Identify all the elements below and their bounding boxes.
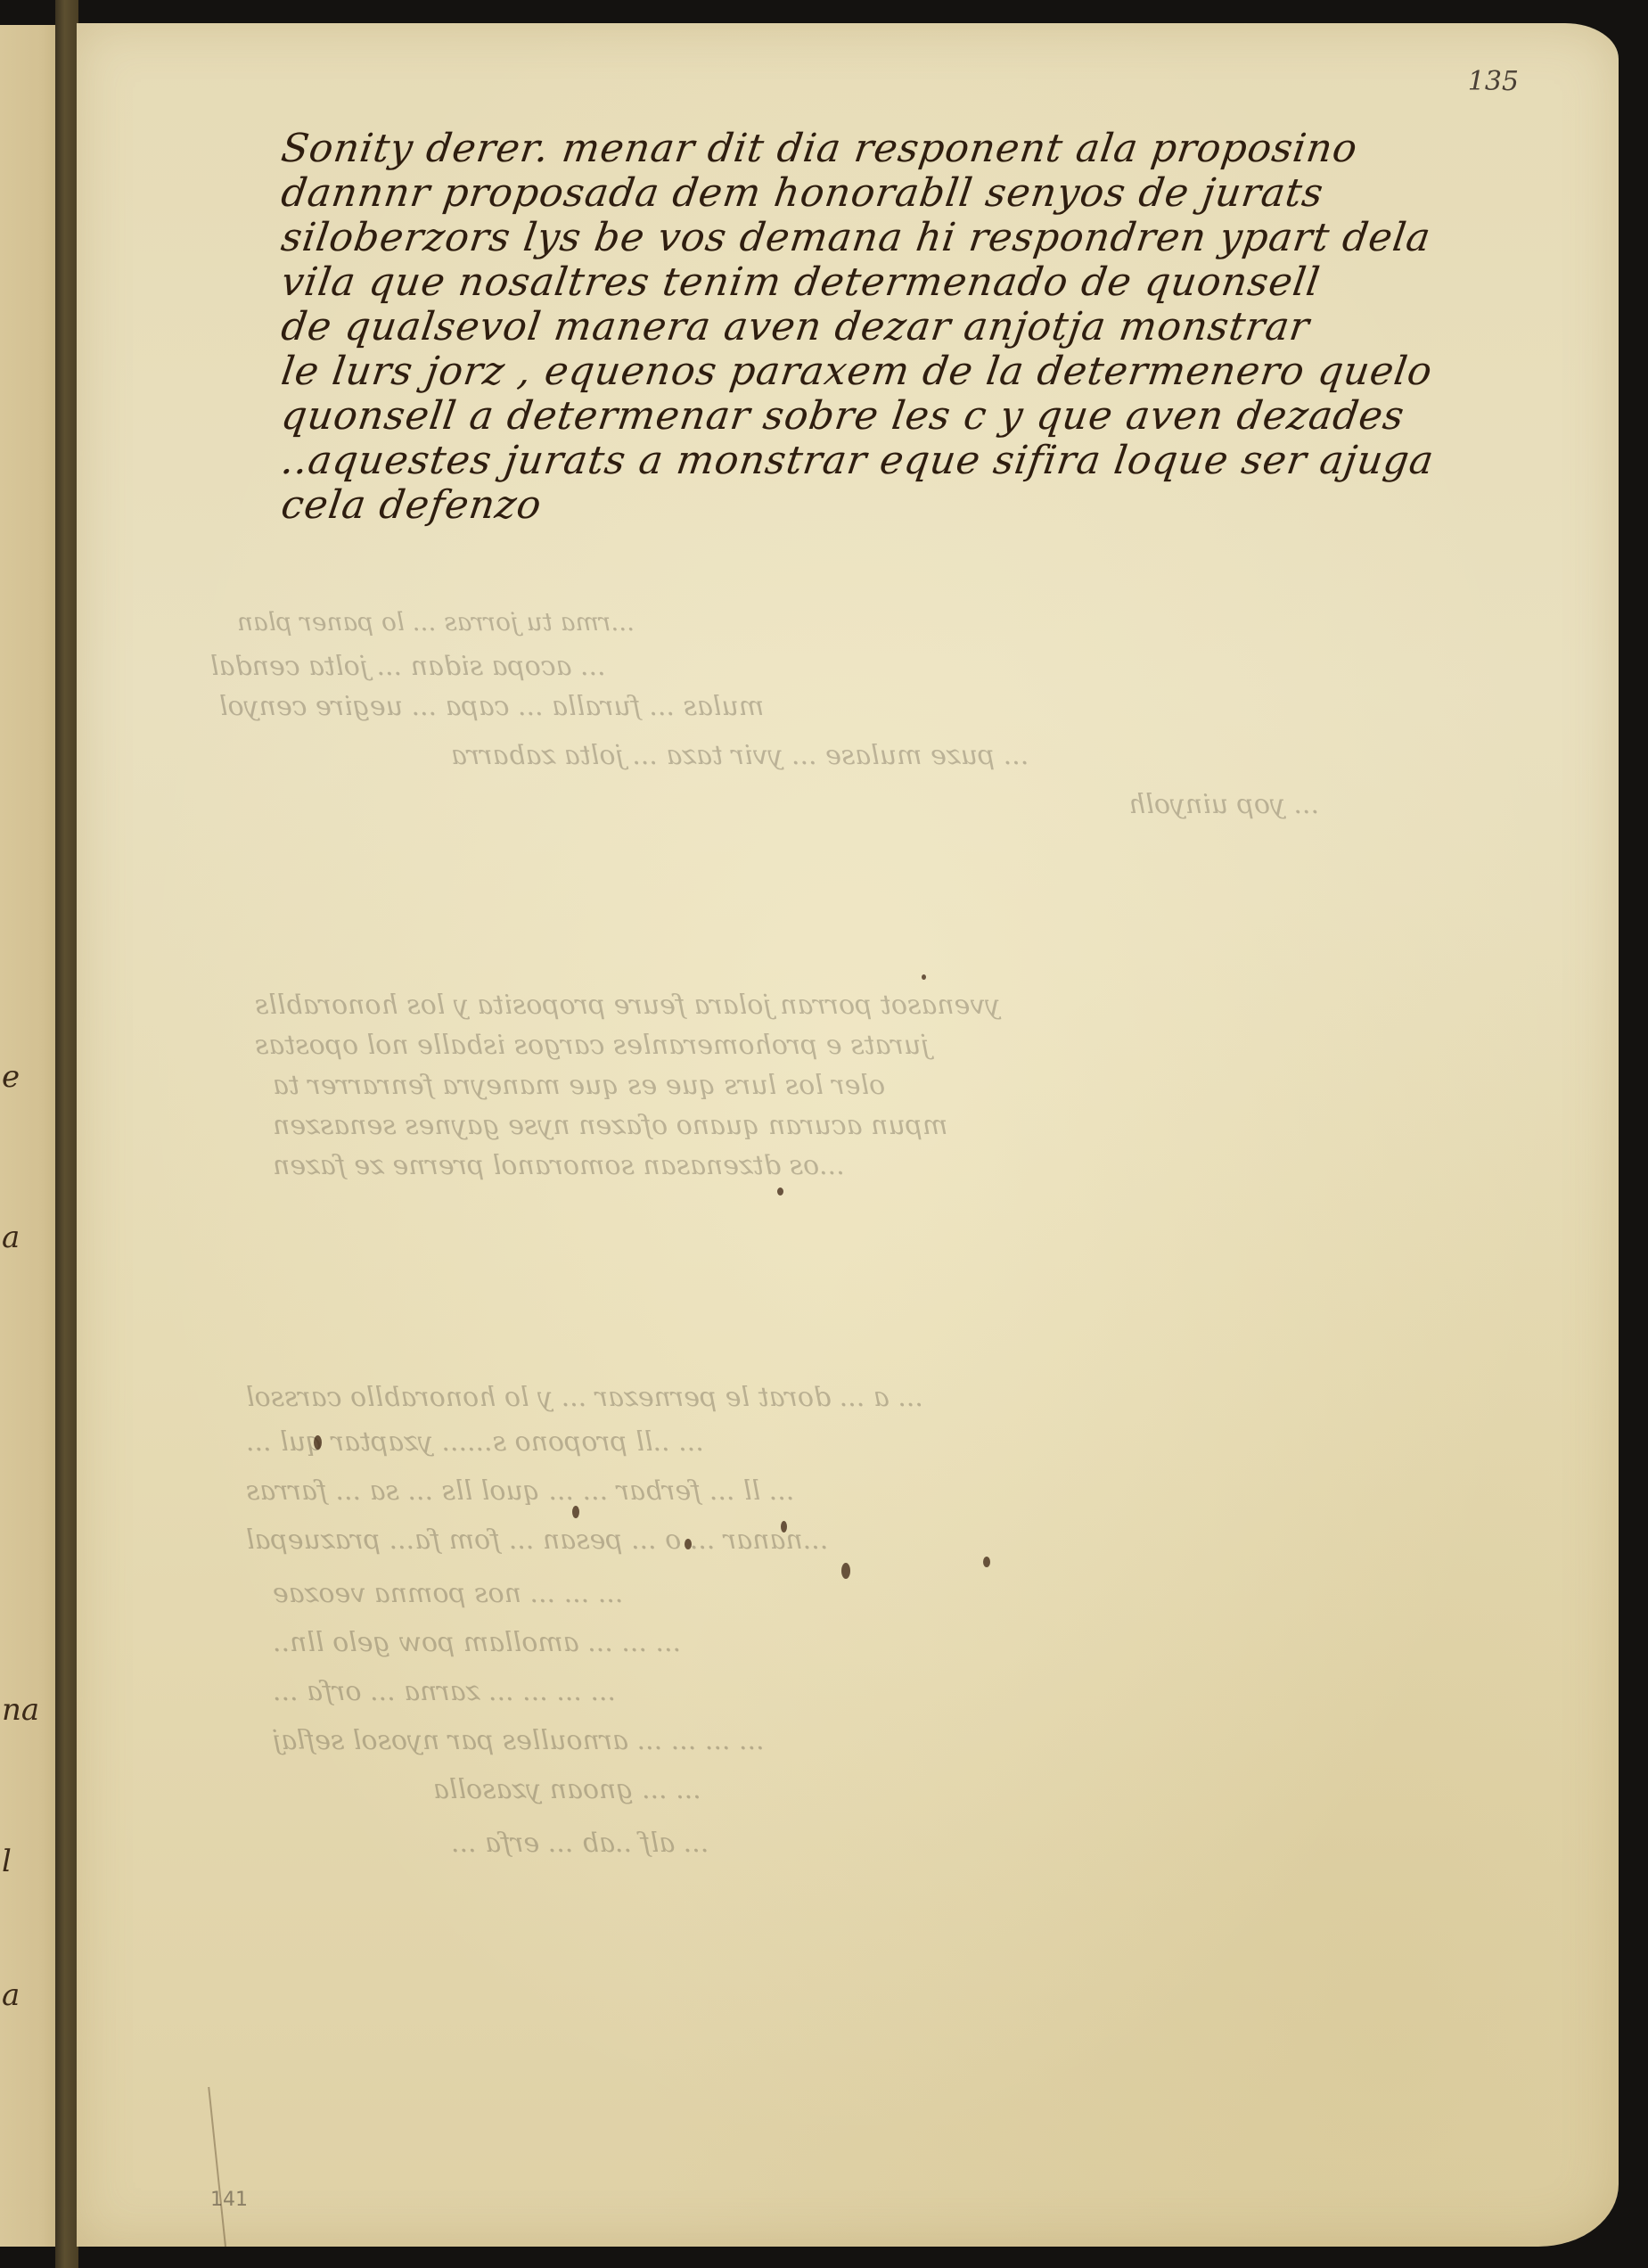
facing-page-fragment: l xyxy=(2,1844,12,1879)
bleed-through-text: oler los lurs que es que maneyra fenrarr… xyxy=(273,1066,885,1105)
facing-page-edge: e a na l a xyxy=(0,25,59,2247)
bleed-through-text: jurats e prohomeranles cargos isballe no… xyxy=(255,1026,930,1065)
paper-crease xyxy=(208,2087,226,2247)
text-line: ..aquestes jurats a monstrar eque sifira… xyxy=(278,439,1648,483)
bleed-through-text: ... ... ... ... zarna ... orfa ... xyxy=(273,1672,616,1712)
text-line: de qualsevol manera aven dezar anjotja m… xyxy=(278,305,1648,349)
facing-page-fragment: a xyxy=(2,1220,20,1255)
bleed-through-text: ... alf ..ab ... erfa ... xyxy=(451,1824,709,1863)
ink-spot xyxy=(685,1539,692,1549)
bleed-through-text: ...nanar ... o ... pesan ... fom fa... p… xyxy=(246,1521,828,1560)
pencil-annotation: 141 xyxy=(210,2189,248,2211)
text-line: siloberzors lys be vos demana hi respond… xyxy=(278,216,1648,260)
ink-spot xyxy=(983,1557,990,1567)
text-line: Sonity derer. menar dit dia responent al… xyxy=(278,127,1648,171)
facing-page-fragment: a xyxy=(2,1977,20,2013)
text-line: le lurs jorz , equenos paraxem de la det… xyxy=(278,349,1648,394)
bleed-through-text: ...os dtzenasan somoranol prerne ze faze… xyxy=(273,1146,845,1186)
ink-spot xyxy=(922,974,926,980)
bleed-through-text: ... ll ... ferbar ... ... quol lls ... s… xyxy=(246,1472,794,1511)
ink-spot xyxy=(572,1506,579,1518)
bleed-through-text: ...rma tu jorras ... lo paner plan xyxy=(237,603,635,642)
book-gutter xyxy=(55,0,78,2268)
bleed-through-text: mpun acuran quano ofazen nyse gaynes sen… xyxy=(273,1106,947,1146)
facing-page-fragment: e xyxy=(2,1059,20,1095)
bleed-through-text: ... puze mulase ... yvir taza ... jolta … xyxy=(451,736,1029,776)
ink-spot xyxy=(841,1563,850,1579)
ink-spot xyxy=(781,1521,787,1533)
bleed-through-text: ... ... ... nos pomna veozae xyxy=(273,1574,623,1614)
text-line: quonsell a determenar sobre les c y que … xyxy=(278,394,1648,439)
main-text-block: Sonity derer. menar dit dia responent al… xyxy=(282,127,1648,528)
bleed-through-text: ... yop uinyolh xyxy=(1128,785,1319,825)
ink-spot xyxy=(777,1187,783,1196)
bleed-through-text: ... acopa sidan ... jolta cendal xyxy=(210,647,606,686)
text-line: vila que nosaltres tenim determenado de … xyxy=(278,260,1648,305)
ink-spot xyxy=(314,1435,322,1450)
text-line: dannnr proposada dem honorabll senyos de… xyxy=(278,171,1648,216)
bleed-through-text: ... ... gnoan yzasolla xyxy=(433,1771,701,1810)
folio-number: 135 xyxy=(1468,66,1519,97)
bleed-through-text: ... ... ... ... arnoulles par nyosol sef… xyxy=(273,1722,765,1761)
text-line: cela defenzo xyxy=(278,483,1648,528)
bleed-through-text: ... ... ... amollam pow gelo lln.. xyxy=(273,1623,681,1663)
facing-page-fragment: na xyxy=(2,1692,39,1728)
bleed-through-text: ... a ... dorat le pernezar ... y lo hon… xyxy=(246,1378,923,1417)
bleed-through-text: yvenasot porran jolara feure proposita y… xyxy=(255,986,1000,1025)
bleed-through-text: mulas ... furalla ... capa ... uegire ce… xyxy=(219,687,764,727)
